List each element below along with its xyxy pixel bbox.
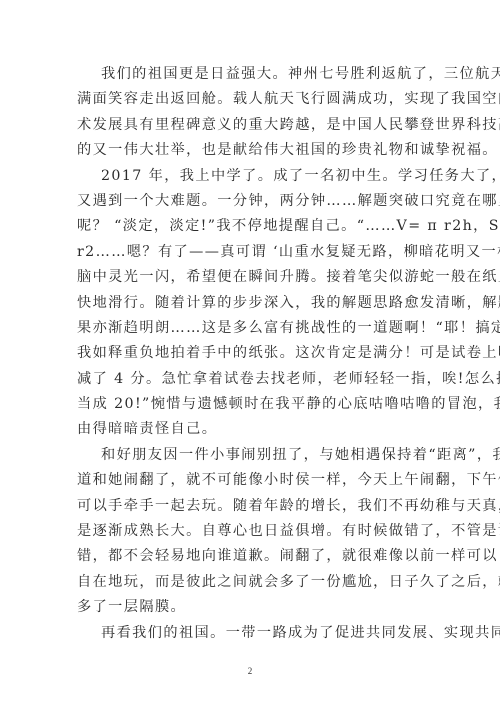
text-line: 又遇到一个大难题。一分钟，两分钟……解题突破口究竟在哪里 [77,189,427,214]
paragraph: 2017 年，我上中学了。成了一名初中生。学习任务大了，这不， 又遇到一个大难题… [77,164,427,443]
paragraph: 和好朋友因一件小事闹别扭了，与她相遇保持着“距离”，我知 道和她闹翻了，就不可能… [77,443,427,621]
text-line: 术发展具有里程碑意义的重大跨越，是中国人民攀登世界科技高峰 [77,113,427,138]
text-line: r2……嗯？有了——真可谓 ‘山重水复疑无路，柳暗花明又一村。’” [77,240,427,265]
paragraph: 我们的祖国更是日益强大。神州七号胜利返航了，三位航天员 满面笑容走出返回舱。载人… [77,62,427,164]
text-line: 是逐渐成熟长大。自尊心也日益俱增。有时候做错了，不管是谁的 [77,519,427,544]
text-line: 和好朋友因一件小事闹别扭了，与她相遇保持着“距离”，我知 [77,443,427,468]
text-line: 的又一伟大壮举，也是献给伟大祖国的珍贵礼物和诚挚祝福。 [77,138,427,163]
text-line: 当成 20!”惋惜与遗憾顿时在我平静的心底咕噜咕噜的冒泡，我不 [77,392,427,417]
text-line: 快地滑行。随着计算的步步深入，我的解题思路愈发清晰，解题结 [77,291,427,316]
text-line: 果亦渐趋明朗……这是多么富有挑战性的一道题啊！“耶！搞定!” [77,316,427,341]
text-line: 由得暗暗责怪自己。 [77,417,427,442]
text-line: 道和她闹翻了，就不可能像小时侯一样，今天上午闹翻，下午仍然 [77,468,427,493]
text-line: 我们的祖国更是日益强大。神州七号胜利返航了，三位航天员 [77,62,427,87]
text-line: 错，都不会轻易地向谁道歉。闹翻了，就很难像以前一样可以自由 [77,544,427,569]
text-line: 2017 年，我上中学了。成了一名初中生。学习任务大了，这不， [77,164,427,189]
text-line: 多了一层隔膜。 [77,595,427,620]
text-line: 我如释重负地拍着手中的纸张。这次肯定是满分！可是试卷上明明 [77,341,427,366]
paragraph: 再看我们的祖国。一带一路成为了促进共同发展、实现共同繁 [77,621,427,646]
page-number: 2 [0,666,500,676]
text-line: 自在地玩，而是彼此之间就会多了一份尴尬，日子久了之后，就会 [77,570,427,595]
text-line: 呢？ “淡定，淡定!”我不停地提醒自己。“……V= π r2h，S 底= π [77,214,427,239]
text-line: 减了 4 分。急忙拿着试卷去找老师，老师轻轻一指，唉!怎么把 30 [77,367,427,392]
document-page: 我们的祖国更是日益强大。神州七号胜利返航了，三位航天员 满面笑容走出返回舱。载人… [0,0,500,707]
document-body: 我们的祖国更是日益强大。神州七号胜利返航了，三位航天员 满面笑容走出返回舱。载人… [77,62,427,646]
text-line: 可以手牵手一起去玩。随着年龄的增长，我们不再幼稚与天真，而 [77,494,427,519]
text-line: 再看我们的祖国。一带一路成为了促进共同发展、实现共同繁 [77,621,427,646]
text-line: 脑中灵光一闪，希望便在瞬间升腾。接着笔尖似游蛇一般在纸上飞 [77,265,427,290]
text-line: 满面笑容走出返回舱。载人航天飞行圆满成功，实现了我国空间技 [77,87,427,112]
